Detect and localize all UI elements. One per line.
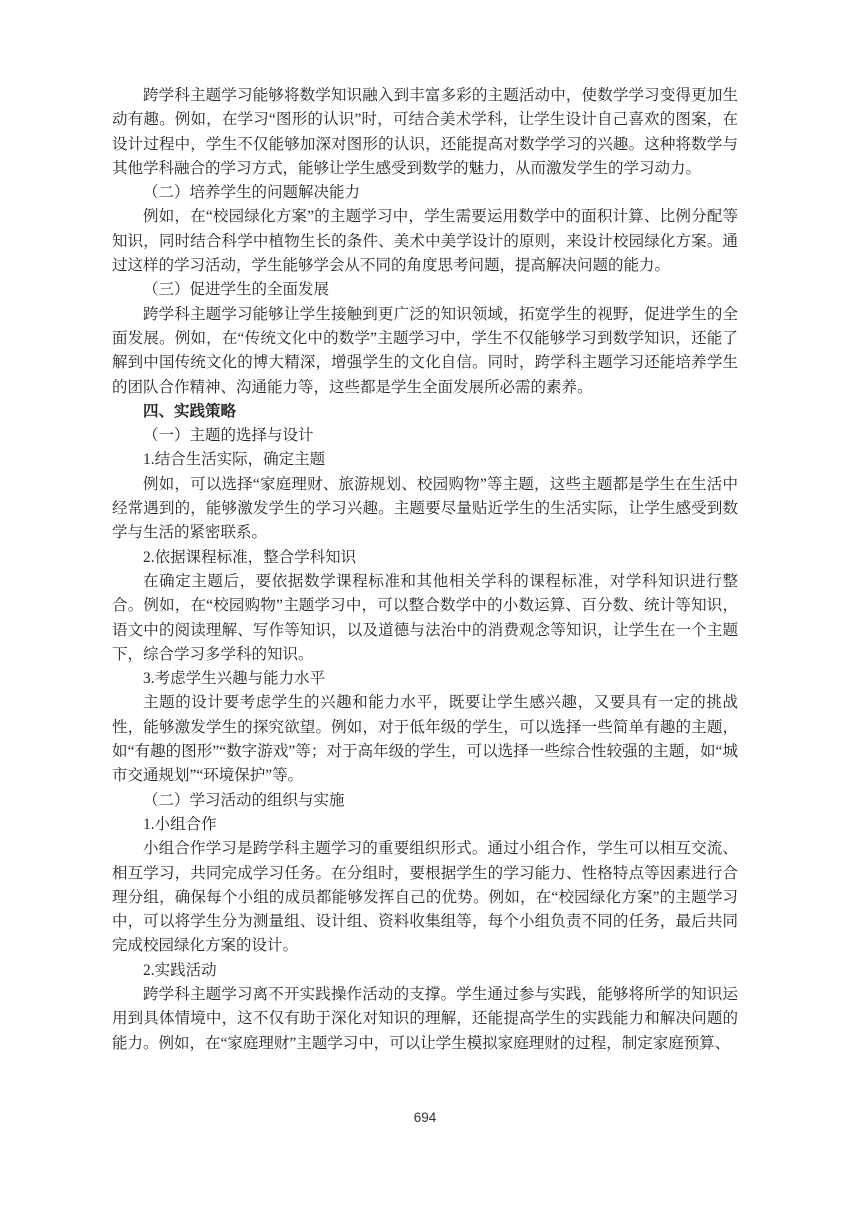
document-content: 跨学科主题学习能够将数学知识融入到丰富多彩的主题活动中，使数学学习变得更加生动有… [112, 84, 738, 1056]
body-paragraph: 例如，可以选择“家庭理财、旅游规划、校园购物”等主题，这些主题都是学生在生活中经… [112, 473, 738, 546]
subsection-heading: 2.依据课程标准，整合学科知识 [112, 546, 738, 570]
body-paragraph: 主题的设计要考虑学生的兴趣和能力水平，既要让学生感兴趣，又要具有一定的挑战性，能… [112, 691, 738, 788]
body-paragraph: 跨学科主题学习离不开实践操作活动的支撑。学生通过参与实践，能够将所学的知识运用到… [112, 983, 738, 1056]
subsection-heading: （二）学习活动的组织与实施 [112, 789, 738, 813]
subsection-heading: 1.小组合作 [112, 813, 738, 837]
body-paragraph: 跨学科主题学习能够将数学知识融入到丰富多彩的主题活动中，使数学学习变得更加生动有… [112, 84, 738, 181]
subsection-heading: （一）主题的选择与设计 [112, 424, 738, 448]
subsection-heading: （二）培养学生的问题解决能力 [112, 181, 738, 205]
subsection-heading: 3.考虑学生兴趣与能力水平 [112, 667, 738, 691]
body-paragraph: 例如，在“校园绿化方案”的主题学习中，学生需要运用数学中的面积计算、比例分配等知… [112, 205, 738, 278]
page-number: 694 [0, 1110, 850, 1125]
subsection-heading: 1.结合生活实际，确定主题 [112, 448, 738, 472]
body-paragraph: 跨学科主题学习能够让学生接触到更广泛的知识领域，拓宽学生的视野，促进学生的全面发… [112, 303, 738, 400]
body-paragraph: 在确定主题后，要依据数学课程标准和其他相关学科的课程标准，对学科知识进行整合。例… [112, 570, 738, 667]
subsection-heading: （三）促进学生的全面发展 [112, 278, 738, 302]
body-paragraph: 小组合作学习是跨学科主题学习的重要组织形式。通过小组合作，学生可以相互交流、相互… [112, 837, 738, 958]
document-page: 跨学科主题学习能够将数学知识融入到丰富多彩的主题活动中，使数学学习变得更加生动有… [0, 0, 850, 1205]
subsection-heading: 2.实践活动 [112, 959, 738, 983]
section-heading: 四、实践策略 [112, 400, 738, 424]
